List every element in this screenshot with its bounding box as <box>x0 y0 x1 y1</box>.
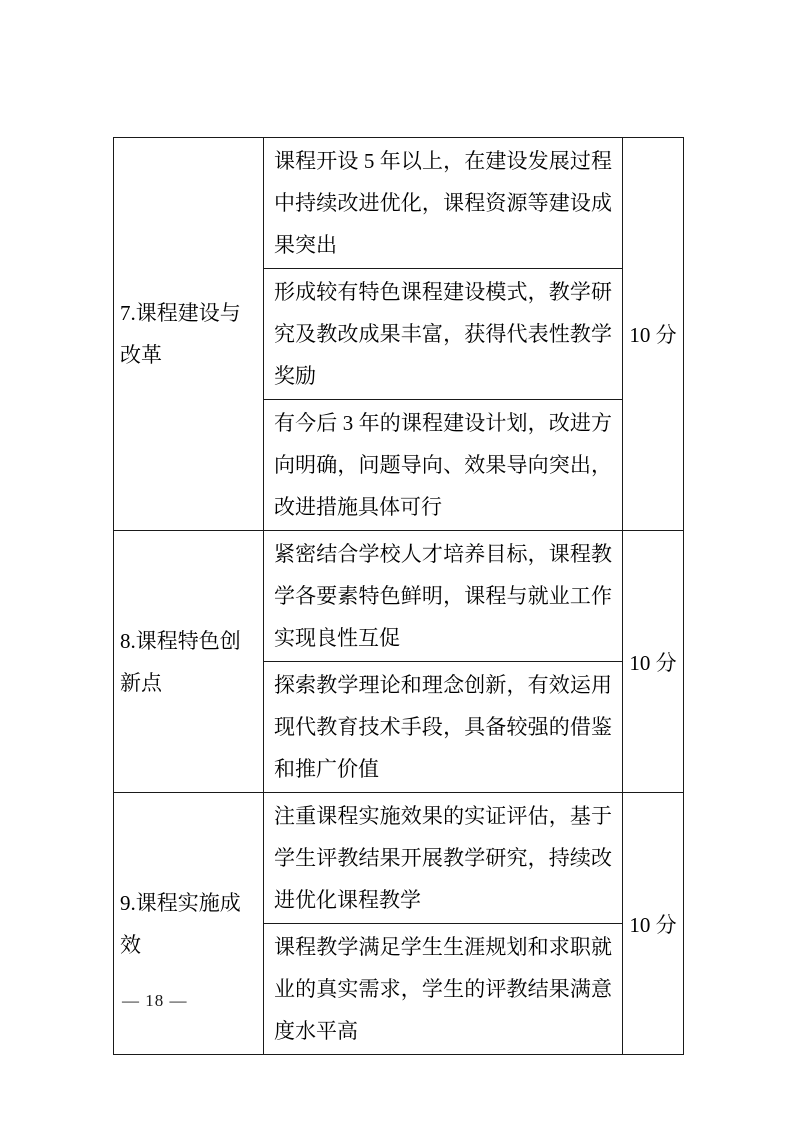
criteria-column: 注重课程实施效果的实证评估，基于学生评教结果开展教学研究，持续改进优化课程教学 … <box>264 793 622 1054</box>
criterion-text: 紧密结合学校人才培养目标，课程教学各要素特色鲜明，课程与就业工作实现良性互促 <box>274 533 612 659</box>
criterion-text: 课程开设 5 年以上，在建设发展过程中持续改进优化，课程资源等建设成果突出 <box>274 140 612 266</box>
score-cell: 10 分 <box>622 793 683 1054</box>
score-value: 10 分 <box>629 647 676 677</box>
criterion-cell: 课程教学满足学生生涯规划和求职就业的真实需求，学生的评教结果满意度水平高 <box>264 924 622 1054</box>
document-page: 7.课程建设与改革 课程开设 5 年以上，在建设发展过程中持续改进优化，课程资源… <box>0 0 794 1122</box>
criterion-cell: 课程开设 5 年以上，在建设发展过程中持续改进优化，课程资源等建设成果突出 <box>264 138 622 269</box>
criterion-text: 有今后 3 年的课程建设计划，改进方向明确，问题导向、效果导向突出，改进措施具体… <box>274 402 612 528</box>
criterion-text: 注重课程实施效果的实证评估，基于学生评教结果开展教学研究，持续改进优化课程教学 <box>274 795 612 921</box>
row-label: 9.课程实施成效 <box>120 882 257 966</box>
criteria-column: 紧密结合学校人才培养目标，课程教学各要素特色鲜明，课程与就业工作实现良性互促 探… <box>264 531 622 792</box>
row-label: 8.课程特色创新点 <box>120 620 257 704</box>
criterion-cell: 注重课程实施效果的实证评估，基于学生评教结果开展教学研究，持续改进优化课程教学 <box>264 793 622 924</box>
score-cell: 10 分 <box>622 138 683 530</box>
row-label-cell: 7.课程建设与改革 <box>114 138 264 530</box>
criteria-column: 课程开设 5 年以上，在建设发展过程中持续改进优化，课程资源等建设成果突出 形成… <box>264 138 622 530</box>
table-row: 8.课程特色创新点 紧密结合学校人才培养目标，课程教学各要素特色鲜明，课程与就业… <box>114 530 683 792</box>
row-label-cell: 9.课程实施成效 <box>114 793 264 1054</box>
criterion-text: 探索教学理论和理念创新，有效运用现代教育技术手段，具备较强的借鉴和推广价值 <box>274 664 612 790</box>
criterion-text: 形成较有特色课程建设模式，教学研究及教改成果丰富，获得代表性教学奖励 <box>274 271 612 397</box>
score-cell: 10 分 <box>622 531 683 792</box>
criterion-cell: 紧密结合学校人才培养目标，课程教学各要素特色鲜明，课程与就业工作实现良性互促 <box>264 531 622 662</box>
row-label-cell: 8.课程特色创新点 <box>114 531 264 792</box>
table-row: 9.课程实施成效 注重课程实施效果的实证评估，基于学生评教结果开展教学研究，持续… <box>114 792 683 1054</box>
criterion-cell: 有今后 3 年的课程建设计划，改进方向明确，问题导向、效果导向突出，改进措施具体… <box>264 400 622 530</box>
evaluation-table: 7.课程建设与改革 课程开设 5 年以上，在建设发展过程中持续改进优化，课程资源… <box>113 137 684 1055</box>
score-value: 10 分 <box>629 909 676 939</box>
page-number: — 18 — <box>122 991 188 1011</box>
score-value: 10 分 <box>629 319 676 349</box>
table-row: 7.课程建设与改革 课程开设 5 年以上，在建设发展过程中持续改进优化，课程资源… <box>114 138 683 530</box>
criterion-text: 课程教学满足学生生涯规划和求职就业的真实需求，学生的评教结果满意度水平高 <box>274 926 612 1052</box>
row-label: 7.课程建设与改革 <box>120 292 257 376</box>
criterion-cell: 探索教学理论和理念创新，有效运用现代教育技术手段，具备较强的借鉴和推广价值 <box>264 662 622 792</box>
criterion-cell: 形成较有特色课程建设模式，教学研究及教改成果丰富，获得代表性教学奖励 <box>264 269 622 400</box>
